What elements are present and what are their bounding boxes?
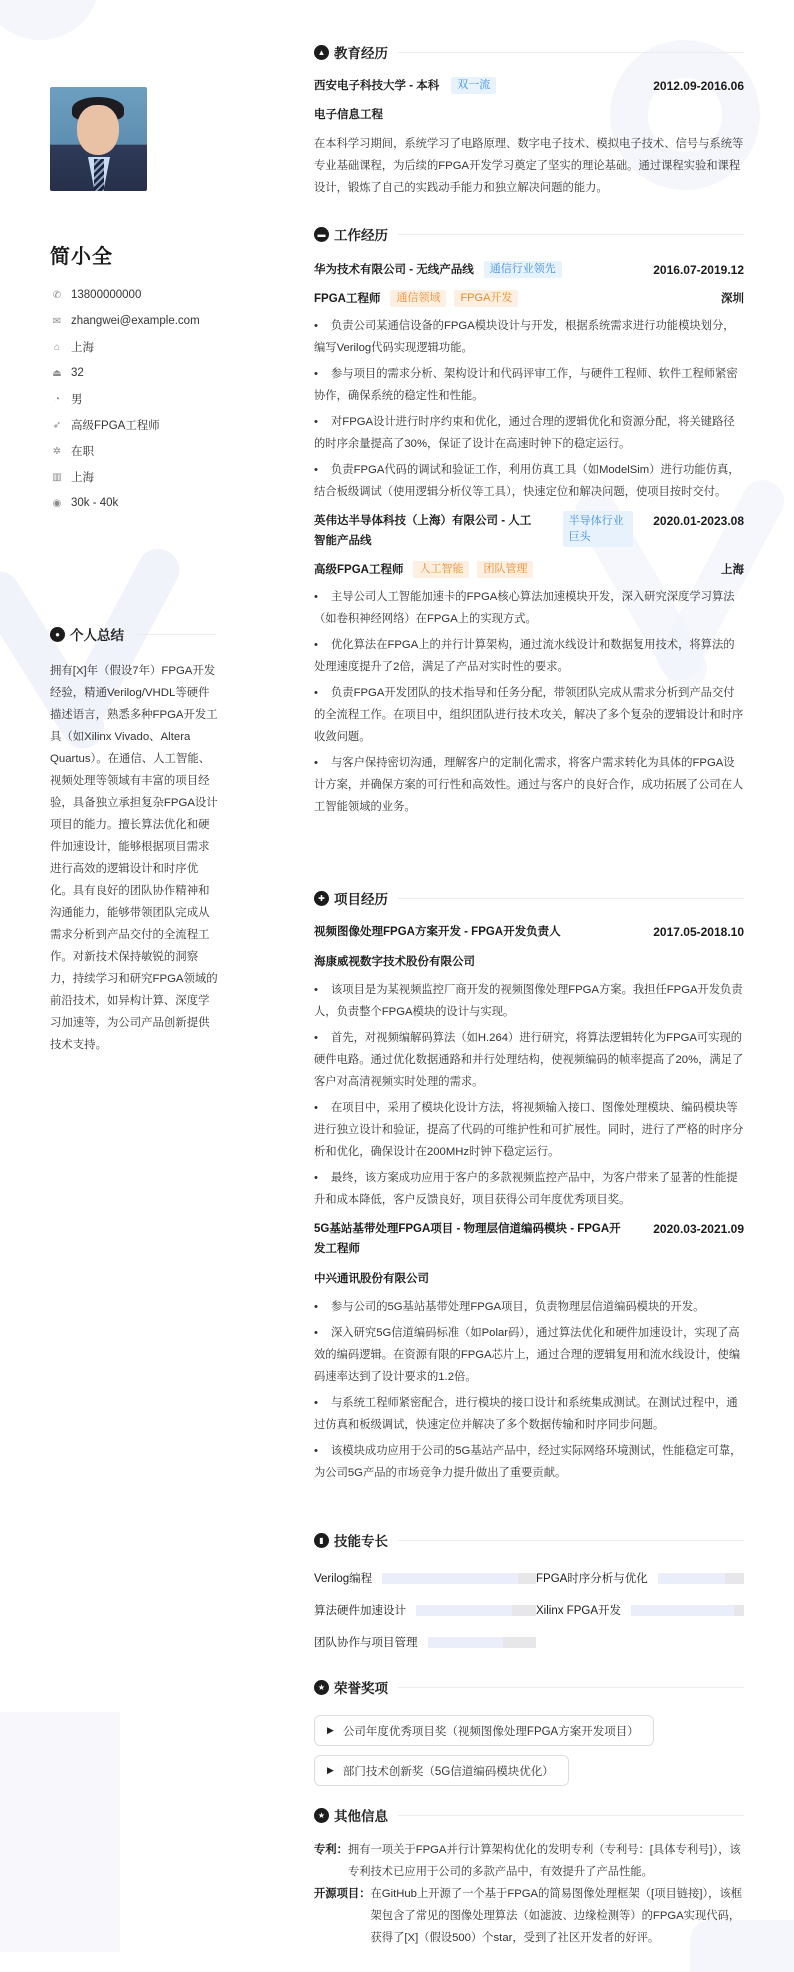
list-item: •参与项目的需求分析、架构设计和代码评审工作，与硬件工程师、软件工程师紧密协作，… xyxy=(314,363,744,407)
work-role-row: 高级FPGA工程师人工智能团队管理 上海 xyxy=(314,560,744,580)
section-title-work: ▬ 工作经历 xyxy=(314,224,744,244)
company-name: 英伟达半导体科技（上海）有限公司 - 人工智能产品线 xyxy=(314,511,542,551)
summary-text: 拥有[X]年（假设7年）FPGA开发经验，精通Verilog/VHDL等硬件描述… xyxy=(50,660,220,1056)
major: 电子信息工程 xyxy=(314,105,744,125)
job-title: FPGA工程师 xyxy=(314,293,380,305)
status-icon: ✲ xyxy=(50,444,64,458)
award-item[interactable]: ▶ 部门技术创新奖（5G信道编码模块优化） xyxy=(314,1755,569,1786)
list-item: •与客户保持密切沟通，理解客户的定制化需求，将客户需求转化为具体的FPGA设计方… xyxy=(314,752,744,818)
skill-bar xyxy=(382,1573,536,1584)
work-item-header: 华为技术有限公司 - 无线产品线通信行业领先 2016.07-2019.12 xyxy=(314,260,744,280)
other-label: 开源项目： xyxy=(314,1883,371,1949)
role-tag: 通信领域 xyxy=(390,290,446,307)
project-company: 中兴通讯股份有限公司 xyxy=(314,1269,744,1289)
other-text: 在GitHub上开源了一个基于FPGA的简易图像处理框架（[项目链接]），该框架… xyxy=(371,1883,745,1949)
divider xyxy=(398,52,744,53)
project-name: 5G基站基带处理FPGA项目 - 物理层信道编码模块 - FPGA开发工程师 xyxy=(314,1219,629,1259)
info-target-city: ▥ 上海 xyxy=(50,464,200,490)
project-bullets: •参与公司的5G基站基带处理FPGA项目，负责物理层信道编码模块的开发。 •深入… xyxy=(314,1296,744,1484)
info-salary: ◉ 30k - 40k xyxy=(50,490,200,516)
role-tag: 团队管理 xyxy=(477,561,533,578)
other-item-patent: 专利： 拥有一项关于FPGA并行计算架构优化的发明专利（专利号：[具体专利号]）… xyxy=(314,1839,744,1883)
contact-info-list: ✆ 13800000000 ✉ zhangwei@example.com ⌂ 上… xyxy=(50,282,200,516)
list-item: •对FPGA设计进行时序约束和优化，通过合理的逻辑优化和资源分配，将关键路径的时… xyxy=(314,411,744,455)
project-bullets: •该项目是为某视频监控厂商开发的视频图像处理FPGA方案。我担任FPGA开发负责… xyxy=(314,979,744,1211)
project-item-header: 5G基站基带处理FPGA项目 - 物理层信道编码模块 - FPGA开发工程师 2… xyxy=(314,1219,744,1259)
list-item: •负责公司某通信设备的FPGA模块设计与开发，根据系统需求进行功能模块划分，编写… xyxy=(314,315,744,359)
caret-right-icon: ▶ xyxy=(327,1725,334,1736)
project-date: 2020.03-2021.09 xyxy=(653,1219,744,1239)
info-age: ⏏ 32 xyxy=(50,360,200,386)
info-location: ⌂ 上海 xyxy=(50,334,200,360)
background-decoration xyxy=(0,1712,120,1952)
skill-item: Xilinx FPGA开发 xyxy=(536,1600,744,1620)
divider xyxy=(398,234,744,235)
caret-right-icon: ▶ xyxy=(327,1765,334,1776)
section-skills: ▮ 技能专长 Verilog编程 FPGA时序分析与优化 算法硬件加速设计 Xi… xyxy=(314,1530,744,1652)
project-company: 海康威视数字技术股份有限公司 xyxy=(314,952,744,972)
list-item: •该项目是为某视频监控厂商开发的视频图像处理FPGA方案。我担任FPGA开发负责… xyxy=(314,979,744,1023)
info-job-status: ✲ 在职 xyxy=(50,438,200,464)
section-other: ★ 其他信息 专利： 拥有一项关于FPGA并行计算架构优化的发明专利（专利号：[… xyxy=(314,1805,744,1949)
divider xyxy=(398,1687,744,1688)
section-education: ▲ 教育经历 西安电子科技大学 - 本科双一流 2012.09-2016.06 … xyxy=(314,42,744,199)
other-text: 拥有一项关于FPGA并行计算架构优化的发明专利（专利号：[具体专利号]），该专利… xyxy=(348,1839,744,1883)
info-email: ✉ zhangwei@example.com xyxy=(50,308,200,334)
mail-icon: ✉ xyxy=(50,314,64,328)
gender-icon: ◔ xyxy=(50,392,64,406)
salary-icon: ◉ xyxy=(50,496,64,510)
project-date: 2017.05-2018.10 xyxy=(653,922,744,942)
background-decoration xyxy=(0,0,100,40)
send-icon: ➶ xyxy=(50,418,64,432)
list-item: •优化算法在FPGA上的并行计算架构，通过流水线设计和数据复用技术，将算法的处理… xyxy=(314,634,744,678)
education-description: 在本科学习期间，系统学习了电路原理、数字电子技术、模拟电子技术、信号与系统等专业… xyxy=(314,133,744,199)
job-title: 高级FPGA工程师 xyxy=(314,564,403,576)
list-item: •最终，该方案成功应用于客户的多款视频监控产品中，为客户带来了显著的性能提升和成… xyxy=(314,1167,744,1211)
home-icon: ⌂ xyxy=(50,340,64,354)
work-bullets: •主导公司人工智能加速卡的FPGA核心算法加速模块开发，深入研究深度学习算法（如… xyxy=(314,586,744,818)
skill-item: Verilog编程 xyxy=(314,1568,536,1588)
work-city: 上海 xyxy=(721,560,744,580)
company-name: 华为技术有限公司 - 无线产品线 xyxy=(314,264,474,276)
education-date: 2012.09-2016.06 xyxy=(653,76,744,96)
list-item: •该模块成功应用于公司的5G基站产品中，经过实际网络环境测试，性能稳定可靠，为公… xyxy=(314,1440,744,1484)
role-tag: 人工智能 xyxy=(413,561,469,578)
school-tag: 双一流 xyxy=(451,77,496,94)
grid-icon: ✚ xyxy=(314,891,329,906)
cake-icon: ⏏ xyxy=(50,366,64,380)
list-item: •在项目中，采用了模块化设计方法，将视频输入接口、图像处理模块、编码模块等进行独… xyxy=(314,1097,744,1163)
section-title-summary: ● 个人总结 xyxy=(50,624,216,644)
company-tag: 通信行业领先 xyxy=(484,261,562,278)
chart-icon: ▮ xyxy=(314,1533,329,1548)
skill-bar xyxy=(428,1637,537,1648)
list-item: •负责FPGA代码的调试和验证工作，利用仿真工具（如ModelSim）进行功能仿… xyxy=(314,459,744,503)
awards-list: ▶ 公司年度优秀项目奖（视频图像处理FPGA方案开发项目） ▶ 部门技术创新奖（… xyxy=(314,1715,744,1795)
list-item: •首先，对视频编解码算法（如H.264）进行研究，将算法逻辑转化为FPGA可实现… xyxy=(314,1027,744,1093)
school-name: 西安电子科技大学 - 本科 xyxy=(314,80,439,92)
divider xyxy=(398,1815,744,1816)
skill-item: 算法硬件加速设计 xyxy=(314,1600,536,1620)
other-item-opensource: 开源项目： 在GitHub上开源了一个基于FPGA的简易图像处理框架（[项目链接… xyxy=(314,1883,744,1949)
work-city: 深圳 xyxy=(721,289,744,309)
work-date: 2020.01-2023.08 xyxy=(653,511,744,531)
section-projects: ✚ 项目经历 视频图像处理FPGA方案开发 - FPGA开发负责人 2017.0… xyxy=(314,888,744,1488)
work-role-row: FPGA工程师通信领域FPGA开发 深圳 xyxy=(314,289,744,309)
building-icon: ▥ xyxy=(50,470,64,484)
role-tag: FPGA开发 xyxy=(454,290,518,307)
list-item: •主导公司人工智能加速卡的FPGA核心算法加速模块开发，深入研究深度学习算法（如… xyxy=(314,586,744,630)
info-target-position: ➶ 高级FPGA工程师 xyxy=(50,412,200,438)
section-title-projects: ✚ 项目经历 xyxy=(314,888,744,908)
award-item[interactable]: ▶ 公司年度优秀项目奖（视频图像处理FPGA方案开发项目） xyxy=(314,1715,654,1746)
phone-icon: ✆ xyxy=(50,288,64,302)
divider xyxy=(398,1540,744,1541)
info-gender: ◔ 男 xyxy=(50,386,200,412)
other-list: 专利： 拥有一项关于FPGA并行计算架构优化的发明专利（专利号：[具体专利号]）… xyxy=(314,1839,744,1949)
company-tag: 半导体行业巨头 xyxy=(563,511,633,547)
info-icon: ★ xyxy=(314,1808,329,1823)
skills-grid: Verilog编程 FPGA时序分析与优化 算法硬件加速设计 Xilinx FP… xyxy=(314,1568,744,1652)
section-title-skills: ▮ 技能专长 xyxy=(314,1530,744,1550)
list-item: •负责FPGA开发团队的技术指导和任务分配，带领团队完成从需求分析到产品交付的全… xyxy=(314,682,744,748)
list-item: •参与公司的5G基站基带处理FPGA项目，负责物理层信道编码模块的开发。 xyxy=(314,1296,744,1318)
section-work: ▬ 工作经历 华为技术有限公司 - 无线产品线通信行业领先 2016.07-20… xyxy=(314,224,744,822)
divider xyxy=(134,634,216,635)
section-title-awards: ★ 荣誉奖项 xyxy=(314,1677,744,1697)
user-icon: ● xyxy=(50,627,65,642)
skill-item: 团队协作与项目管理 xyxy=(314,1632,536,1652)
work-item-header: 英伟达半导体科技（上海）有限公司 - 人工智能产品线 半导体行业巨头 2020.… xyxy=(314,511,744,551)
award-icon: ★ xyxy=(314,1680,329,1695)
skill-bar xyxy=(416,1605,536,1616)
list-item: •与系统工程师紧密配合，进行模块的接口设计和系统集成测试。在测试过程中，通过仿真… xyxy=(314,1392,744,1436)
skill-bar xyxy=(658,1573,744,1584)
other-label: 专利： xyxy=(314,1839,348,1883)
briefcase-icon: ▬ xyxy=(314,227,329,242)
avatar xyxy=(50,87,147,191)
section-awards: ★ 荣誉奖项 ▶ 公司年度优秀项目奖（视频图像处理FPGA方案开发项目） ▶ 部… xyxy=(314,1677,744,1795)
candidate-name: 简小全 xyxy=(50,240,113,269)
divider xyxy=(398,898,744,899)
work-date: 2016.07-2019.12 xyxy=(653,260,744,280)
education-item: 西安电子科技大学 - 本科双一流 2012.09-2016.06 xyxy=(314,76,744,96)
skill-bar xyxy=(631,1605,744,1616)
list-item: •深入研究5G信道编码标准（如Polar码），通过算法优化和硬件加速设计，实现了… xyxy=(314,1322,744,1388)
skill-item: FPGA时序分析与优化 xyxy=(536,1568,744,1588)
graduation-cap-icon: ▲ xyxy=(314,45,329,60)
info-phone: ✆ 13800000000 xyxy=(50,282,200,308)
work-bullets: •负责公司某通信设备的FPGA模块设计与开发，根据系统需求进行功能模块划分，编写… xyxy=(314,315,744,503)
project-name: 视频图像处理FPGA方案开发 - FPGA开发负责人 xyxy=(314,922,561,942)
section-title-other: ★ 其他信息 xyxy=(314,1805,744,1825)
section-title-education: ▲ 教育经历 xyxy=(314,42,744,62)
project-item-header: 视频图像处理FPGA方案开发 - FPGA开发负责人 2017.05-2018.… xyxy=(314,922,744,942)
